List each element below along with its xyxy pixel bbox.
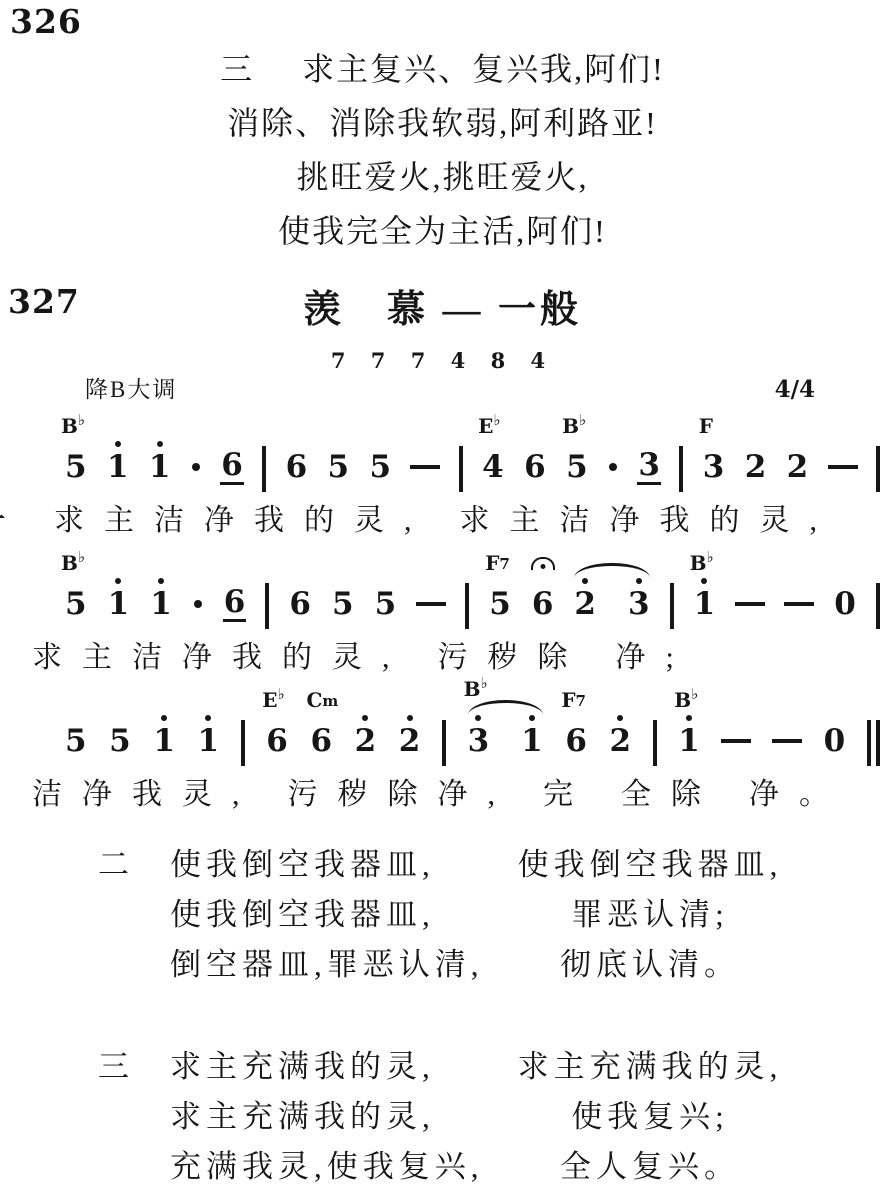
chord-root: F	[485, 551, 499, 575]
lyric-segment: 求主洁净我的灵,	[460, 501, 838, 541]
lyric-segment: 求主洁净我的灵,	[32, 638, 410, 678]
note: F3	[702, 438, 726, 485]
barline	[653, 720, 657, 766]
note: 5	[368, 438, 392, 485]
verse-left-text: 求主充满我的灵,	[170, 1091, 490, 1136]
verse-left-text: 充满我灵,使我复兴,	[170, 1141, 490, 1186]
note-digit: 0	[823, 723, 847, 759]
hymnal-page: 326 三求主复兴、复兴我,阿们!消除、消除我软弱,阿利路亚!挑旺爱火,挑旺爱火…	[0, 0, 885, 1195]
note-digit: 5	[331, 586, 355, 622]
dash-box	[828, 449, 858, 485]
chord-root: E	[478, 414, 493, 438]
dash-line	[784, 602, 814, 606]
octave-dot	[617, 712, 623, 723]
verse-right-text: 全人复兴。	[490, 1141, 810, 1186]
octave-dot	[475, 712, 481, 723]
note-digit: 5	[327, 449, 351, 485]
note: B♭5	[64, 575, 88, 622]
verse-line: 消除、消除我软弱,阿利路亚!	[0, 96, 885, 150]
lyric-segment: 污秽除	[438, 638, 588, 678]
verse-row: 使我倒空我器皿,罪恶认清;	[98, 886, 885, 936]
verse-row: 求主充满我的灵,使我复兴;	[98, 1088, 885, 1138]
note-digit: 6	[223, 586, 247, 622]
octave-dot	[157, 438, 163, 449]
verse-left-text: 使我倒空我器皿,	[170, 839, 490, 884]
dash-line	[828, 465, 858, 469]
note: 2	[786, 438, 810, 485]
note: 1	[148, 438, 172, 485]
augmentation-dot-box	[192, 586, 204, 622]
lyric-segment: 洁净我灵,	[32, 775, 260, 815]
note: 6	[288, 575, 312, 622]
chord-label: E♭	[262, 690, 284, 710]
slur-group: B♭31	[467, 712, 544, 759]
octave-dot-mark	[636, 578, 642, 584]
barline	[670, 583, 674, 629]
chord-suffix: m	[322, 692, 338, 710]
flat-icon: ♭	[480, 674, 487, 692]
verse-left-text: 求主充满我的灵,	[170, 1041, 490, 1086]
note: 1	[520, 712, 544, 759]
note: 5	[108, 712, 132, 759]
flat-icon: ♭	[493, 411, 500, 429]
augmentation-dot	[192, 575, 204, 622]
note: 0	[823, 712, 847, 759]
duration-dash	[772, 712, 802, 759]
duration-dash	[784, 575, 814, 622]
note-digit: 0	[833, 586, 857, 622]
verse-right-text: 使我复兴;	[490, 1091, 810, 1136]
chord-suffix: 7	[499, 555, 509, 573]
octave-dot	[636, 575, 642, 586]
note: 1	[149, 575, 173, 622]
note: F76	[564, 712, 588, 759]
barline	[265, 583, 269, 629]
note: 3	[637, 438, 661, 485]
verse-text: 求主复兴、复兴我,阿们!	[302, 51, 665, 87]
note-digit: 3	[627, 586, 651, 622]
augmentation-dot-box	[607, 449, 619, 485]
chord-root: E	[262, 688, 277, 712]
barline	[262, 446, 266, 492]
lyric-segment: 净。	[749, 775, 849, 815]
slur-group: 23	[573, 575, 650, 622]
chord-root: B	[562, 414, 579, 438]
note-digit: 5	[64, 449, 88, 485]
note: 3	[627, 575, 651, 622]
verse-marker: 二	[98, 839, 170, 884]
note-digit: 2	[573, 586, 597, 622]
verse-right-text: 使我倒空我器皿,	[490, 839, 810, 884]
note: 6	[220, 438, 244, 485]
note-digit: 6	[265, 723, 289, 759]
octave-dot	[158, 575, 164, 586]
note-digit: 5	[488, 586, 512, 622]
note: 5	[64, 712, 88, 759]
verse-line: 挑旺爱火,挑旺爱火,	[0, 150, 885, 204]
verse-text: 挑旺爱火,挑旺爱火,	[296, 159, 588, 195]
duration-dash	[828, 438, 858, 485]
augmentation-dot	[607, 438, 619, 485]
note-digit: 4	[481, 449, 505, 485]
verse-row: 充满我灵,使我复兴,全人复兴。	[98, 1138, 885, 1188]
note-digit: 1	[693, 586, 717, 622]
note-digit: 1	[106, 449, 130, 485]
augmentation-dot	[190, 438, 202, 485]
note-digit: 6	[309, 723, 333, 759]
dash-line	[772, 739, 802, 743]
prev-hymn-verse: 三求主复兴、复兴我,阿们!消除、消除我软弱,阿利路亚!挑旺爱火,挑旺爱火,使我完…	[0, 42, 885, 258]
note-digit: 6	[288, 586, 312, 622]
octave-dot-mark	[617, 715, 623, 721]
note: 1	[106, 438, 130, 485]
flat-icon: ♭	[278, 685, 285, 703]
note-digit: 1	[197, 723, 221, 759]
notation-line: B♭5116655E♭46B♭53F322	[64, 404, 880, 492]
octave-dot-mark	[686, 715, 692, 721]
note-digit: 2	[398, 723, 422, 759]
note: 1	[107, 575, 131, 622]
octave-dot-mark	[582, 578, 588, 584]
verse-row: 二使我倒空我器皿,使我倒空我器皿,	[98, 836, 885, 886]
barline	[876, 720, 880, 766]
note-digit: 3	[702, 449, 726, 485]
note-digit: 5	[64, 723, 88, 759]
lyric-segment: 污秽除净,	[288, 775, 516, 815]
note: 6	[285, 438, 309, 485]
lyric-segment: 净;	[616, 638, 694, 678]
verse-text: 使我完全为主活,阿们!	[278, 213, 607, 249]
chord-root: F	[699, 414, 713, 438]
augmentation-dot-mark	[192, 463, 200, 471]
lyric-segment: 求主洁净我的灵,	[54, 501, 432, 541]
dash-box	[416, 586, 446, 622]
note-digit: 5	[64, 586, 88, 622]
note: 2	[744, 438, 768, 485]
note-digit: 3	[637, 449, 661, 485]
octave-dot	[686, 712, 692, 723]
verse-block-2: 二使我倒空我器皿,使我倒空我器皿,使我倒空我器皿,罪恶认清;倒空器皿,罪恶认清,…	[0, 836, 885, 986]
verse-line: 使我完全为主活,阿们!	[0, 204, 885, 258]
octave-dot	[582, 575, 588, 586]
octave-dot	[701, 575, 707, 586]
dash-box	[721, 723, 751, 759]
dash-box	[772, 723, 802, 759]
duration-dash	[410, 438, 440, 485]
notation-system: B♭5116655E♭46B♭53F322一求主洁净我的灵,求主洁净我的灵,B♭…	[64, 404, 880, 815]
note: 2	[573, 575, 597, 622]
chord-label: B♭	[690, 553, 714, 573]
lyric-segment: 完	[543, 775, 593, 815]
duration-dash	[416, 575, 446, 622]
note-digit: 1	[152, 723, 176, 759]
verse-right-text: 彻底认清。	[490, 939, 810, 984]
note: E♭4	[481, 438, 505, 485]
duration-dash	[735, 575, 765, 622]
lyric-row: 洁净我灵,污秽除净,完全除净。	[32, 775, 880, 815]
note: 1	[197, 712, 221, 759]
chord-suffix: 7	[576, 692, 586, 710]
meter-numbers: 7 7 7 4 8 4	[0, 348, 885, 373]
note-digit: 6	[531, 586, 555, 622]
lyric-row: 求主洁净我的灵,污秽除净;	[32, 638, 880, 678]
chord-label: E♭	[478, 416, 500, 436]
note-digit: 6	[523, 449, 547, 485]
octave-dot	[115, 438, 121, 449]
hymn-title: 羡 慕 — 一般	[0, 278, 885, 333]
chord-root: B	[61, 414, 78, 438]
chord-root: C	[306, 688, 322, 712]
note: 6	[531, 575, 555, 622]
octave-dot-mark	[115, 578, 121, 584]
dash-line	[416, 602, 446, 606]
octave-dot	[529, 712, 535, 723]
note: 5	[374, 575, 398, 622]
note: B♭5	[565, 438, 589, 485]
chord-label: B♭	[464, 679, 488, 699]
chord-label: B♭	[61, 416, 85, 436]
note-digit: 5	[565, 449, 589, 485]
octave-dot-mark	[475, 715, 481, 721]
barline	[876, 583, 880, 629]
octave-dot-mark	[407, 715, 413, 721]
note-digit: 1	[677, 723, 701, 759]
note-digit: 1	[520, 723, 544, 759]
note-digit: 5	[368, 449, 392, 485]
note-digit: 2	[354, 723, 378, 759]
flat-icon: ♭	[579, 411, 586, 429]
note-digit: 2	[608, 723, 632, 759]
chord-root: B	[674, 688, 691, 712]
note: 6	[523, 438, 547, 485]
chord-label: B♭	[61, 553, 85, 573]
note-digit: 1	[149, 586, 173, 622]
verse-line: 三求主复兴、复兴我,阿们!	[0, 42, 885, 96]
verse-text: 消除、消除我软弱,阿利路亚!	[227, 105, 658, 141]
lyric-row: 一求主洁净我的灵,求主洁净我的灵,	[32, 501, 880, 541]
note: 2	[608, 712, 632, 759]
verse-marker: 三	[220, 51, 254, 87]
verse-marker: 一	[0, 501, 6, 541]
chord-root: F	[561, 688, 575, 712]
verse-right-text: 求主充满我的灵,	[490, 1041, 810, 1086]
note: B♭1	[693, 575, 717, 622]
dash-box	[735, 586, 765, 622]
chord-label: Cm	[306, 690, 338, 710]
barline	[876, 446, 880, 492]
note-digit: 5	[374, 586, 398, 622]
octave-dot-mark	[158, 578, 164, 584]
note: E♭6	[265, 712, 289, 759]
chord-root: B	[464, 677, 481, 701]
chord-label: B♭	[562, 416, 586, 436]
octave-dot-mark	[701, 578, 707, 584]
barline	[465, 583, 469, 629]
note-digit: 6	[564, 723, 588, 759]
note: B♭1	[677, 712, 701, 759]
note-digit: 2	[744, 449, 768, 485]
notation-line: 5511E♭6Cm622B♭31F762B♭10	[64, 678, 880, 766]
dash-line	[410, 465, 440, 469]
duration-dash	[721, 712, 751, 759]
note-digit: 2	[786, 449, 810, 485]
dash-line	[735, 602, 765, 606]
flat-icon: ♭	[691, 685, 698, 703]
octave-dot-mark	[529, 715, 535, 721]
prev-hymn-number: 326	[10, 2, 82, 41]
verse-right-text: 罪恶认清;	[490, 889, 810, 934]
octave-dot-mark	[205, 715, 211, 721]
chord-label: F	[699, 416, 713, 436]
octave-dot	[205, 712, 211, 723]
note: B♭3	[467, 712, 491, 759]
fermata-icon	[531, 557, 555, 570]
dash-box	[410, 449, 440, 485]
flat-icon: ♭	[707, 548, 714, 566]
chord-label: B♭	[674, 690, 698, 710]
note-digit: 5	[108, 723, 132, 759]
key-time-row: 降B大调 4/4	[85, 371, 815, 404]
octave-dot-mark	[161, 715, 167, 721]
barline	[241, 720, 245, 766]
final-barline	[867, 720, 880, 766]
dash-line	[721, 739, 751, 743]
chord-label: F7	[485, 553, 510, 573]
verse-marker: 三	[98, 1041, 170, 1086]
note: 1	[152, 712, 176, 759]
augmentation-dot-mark	[609, 463, 617, 471]
verse-row: 三求主充满我的灵,求主充满我的灵,	[98, 1038, 885, 1088]
lyric-segment: 全除	[621, 775, 721, 815]
note-digit: 3	[467, 723, 491, 759]
octave-dot-mark	[157, 441, 163, 447]
barline	[459, 446, 463, 492]
augmentation-dot-mark	[194, 600, 202, 608]
flat-icon: ♭	[78, 548, 85, 566]
note: 5	[331, 575, 355, 622]
note-digit: 6	[285, 449, 309, 485]
key-signature: 降B大调	[85, 371, 177, 404]
chord-label: F7	[561, 690, 586, 710]
octave-dot	[115, 575, 121, 586]
verse-row: 倒空器皿,罪恶认清,彻底认清。	[98, 936, 885, 986]
barline	[442, 720, 446, 766]
note-digit: 1	[148, 449, 172, 485]
octave-dot-mark	[362, 715, 368, 721]
note: 2	[354, 712, 378, 759]
augmentation-dot-box	[190, 449, 202, 485]
octave-dot-mark	[115, 441, 121, 447]
note: F75	[488, 575, 512, 622]
barline	[679, 446, 683, 492]
octave-dot	[407, 712, 413, 723]
time-signature: 4/4	[775, 376, 815, 403]
notation-line: B♭5116655F75623B♭10	[64, 541, 880, 629]
note: B♭5	[64, 438, 88, 485]
chord-root: B	[61, 551, 78, 575]
note: 6	[223, 575, 247, 622]
verse-block-3: 三求主充满我的灵,求主充满我的灵,求主充满我的灵,使我复兴;充满我灵,使我复兴,…	[0, 1038, 885, 1188]
verse-left-text: 倒空器皿,罪恶认清,	[170, 939, 490, 984]
note-digit: 6	[220, 449, 244, 485]
verse-left-text: 使我倒空我器皿,	[170, 889, 490, 934]
flat-icon: ♭	[78, 411, 85, 429]
chord-root: B	[690, 551, 707, 575]
note-digit: 1	[107, 586, 131, 622]
note: 0	[833, 575, 857, 622]
note: 5	[327, 438, 351, 485]
note: Cm6	[309, 712, 333, 759]
octave-dot	[362, 712, 368, 723]
dash-box	[784, 586, 814, 622]
note: 2	[398, 712, 422, 759]
barline	[867, 720, 871, 766]
octave-dot	[161, 712, 167, 723]
